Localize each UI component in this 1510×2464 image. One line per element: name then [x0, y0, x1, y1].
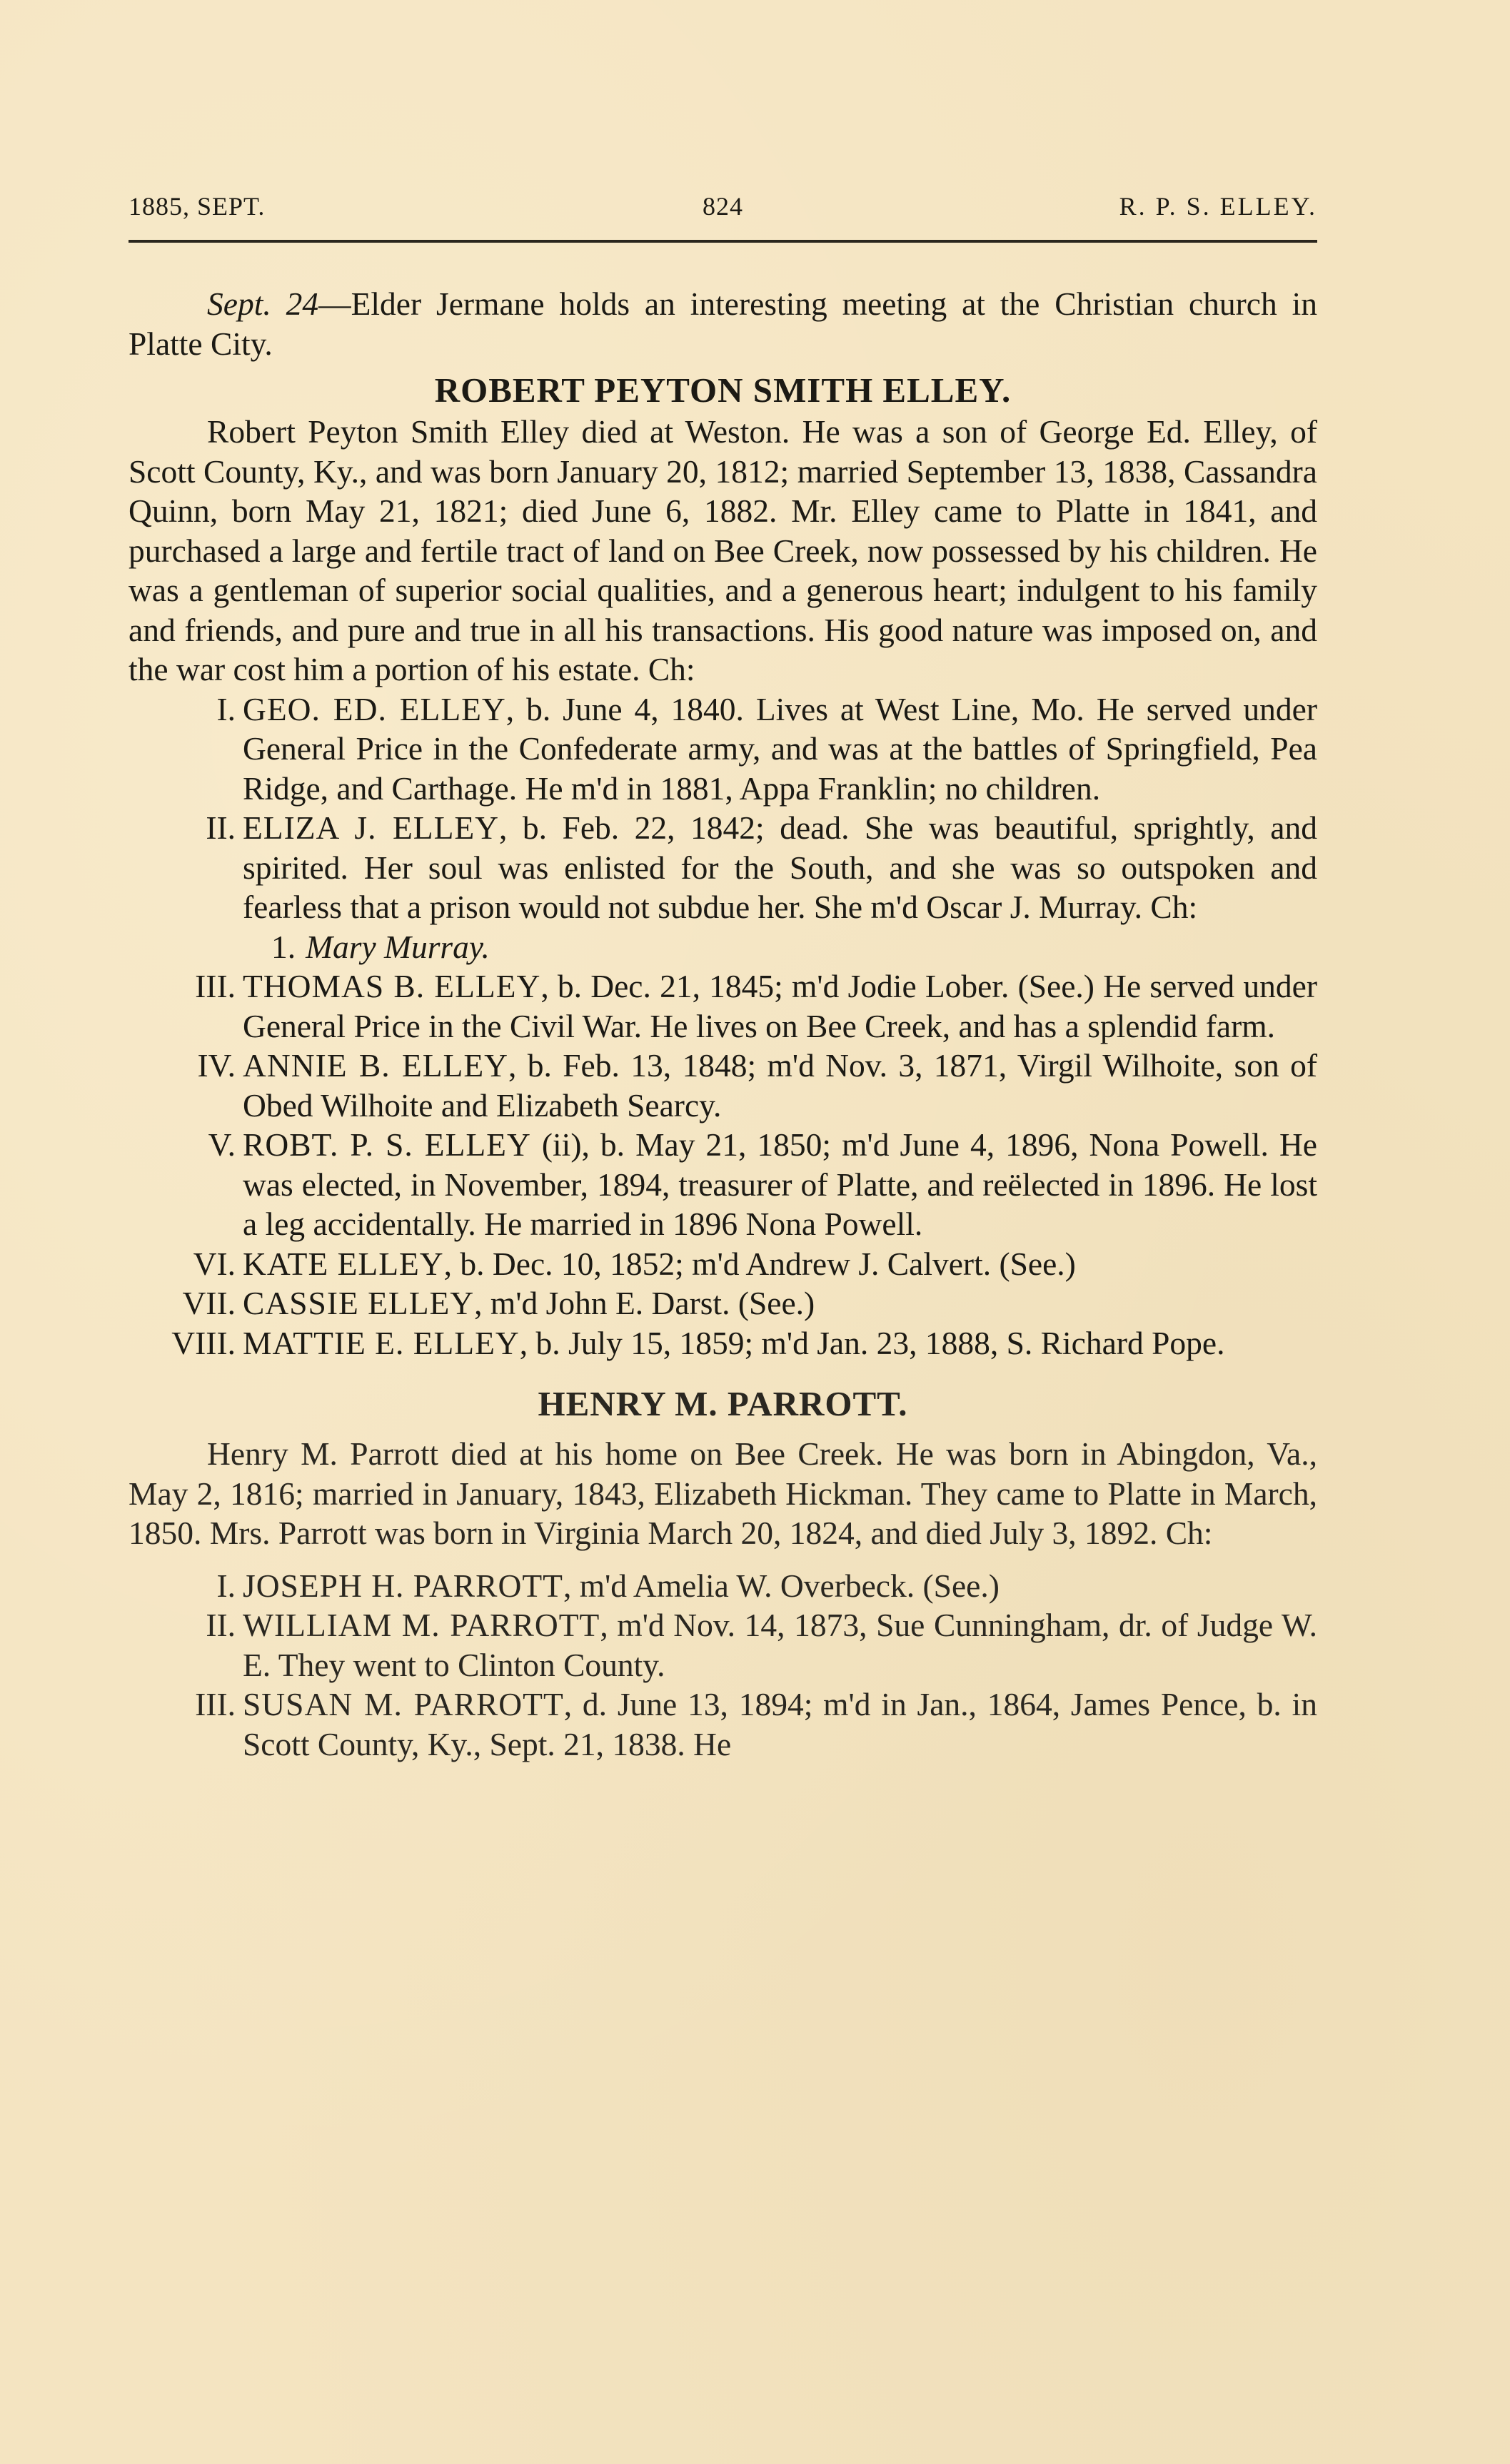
running-head-subject: R. P. S. ELLEY.: [1119, 191, 1317, 221]
page-body: Sept. 24—Elder Jermane holds an interest…: [129, 284, 1317, 1764]
running-head: 1885, SEPT. 824 R. P. S. ELLEY.: [129, 191, 1317, 227]
child-name: SUSAN M. PARROTT: [243, 1686, 564, 1722]
child-entry: III.SUSAN M. PARROTT, d. June 13, 1894; …: [129, 1685, 1317, 1764]
child-text: , m'd Amelia W. Overbeck. (See.): [563, 1567, 1000, 1604]
child-name: ROBT. P. S. ELLEY: [243, 1126, 531, 1163]
child-numeral: III.: [129, 966, 236, 1006]
child-numeral: II.: [129, 1605, 236, 1645]
child-entry: I.GEO. ED. ELLEY, b. June 4, 1840. Lives…: [129, 690, 1317, 809]
section-heading-elley: ROBERT PEYTON SMITH ELLEY.: [129, 369, 1317, 412]
child-name: KATE ELLEY: [243, 1246, 444, 1282]
child-entry: II.WILLIAM M. PARROTT, m'd Nov. 14, 1873…: [129, 1605, 1317, 1685]
child-numeral: VI.: [129, 1244, 236, 1284]
child-text: , m'd John E. Darst. (See.): [474, 1285, 815, 1321]
child-numeral: I.: [129, 1566, 236, 1606]
child-name: ELIZA J. ELLEY: [243, 809, 499, 846]
child-numeral: IV.: [129, 1046, 236, 1086]
child-numeral: VIII.: [129, 1323, 236, 1363]
dated-entry: Sept. 24—Elder Jermane holds an interest…: [129, 284, 1317, 363]
child-numeral: II.: [129, 808, 236, 848]
biography-paragraph-parrott: Henry M. Parrott died at his home on Bee…: [129, 1434, 1317, 1553]
spacer: [129, 1553, 1317, 1566]
child-text: , b. Dec. 10, 1852; m'd Andrew J. Calver…: [444, 1246, 1076, 1282]
child-name: ANNIE B. ELLEY: [243, 1047, 508, 1084]
parrott-section: HENRY M. PARROTT. Henry M. Parrott died …: [129, 1383, 1317, 1764]
child-numeral: VII.: [129, 1283, 236, 1323]
child-numeral: V.: [129, 1125, 236, 1165]
child-entry: VIII.MATTIE E. ELLEY, b. July 15, 1859; …: [129, 1323, 1317, 1363]
child-name: THOMAS B. ELLEY: [243, 968, 540, 1004]
child-entry: II.ELIZA J. ELLEY, b. Feb. 22, 1842; dea…: [129, 808, 1317, 927]
child-name: MATTIE E. ELLEY: [243, 1325, 520, 1361]
child-numeral: III.: [129, 1685, 236, 1725]
entry-date: Sept. 24: [207, 286, 318, 322]
section-heading-parrott: HENRY M. PARROTT.: [129, 1383, 1317, 1425]
header-rule: [129, 240, 1317, 243]
child-entry: V.ROBT. P. S. ELLEY (ii), b. May 21, 185…: [129, 1125, 1317, 1244]
child-name: WILLIAM M. PARROTT: [243, 1607, 600, 1643]
child-entry: VII.CASSIE ELLEY, m'd John E. Darst. (Se…: [129, 1283, 1317, 1323]
child-entry: I.JOSEPH H. PARROTT, m'd Amelia W. Overb…: [129, 1566, 1317, 1606]
child-entry: IV.ANNIE B. ELLEY, b. Feb. 13, 1848; m'd…: [129, 1046, 1317, 1125]
child-entry: III.THOMAS B. ELLEY, b. Dec. 21, 1845; m…: [129, 966, 1317, 1046]
grandchild-entry: 1.Mary Murray.: [129, 927, 1317, 967]
biography-paragraph-elley: Robert Peyton Smith Elley died at Weston…: [129, 412, 1317, 690]
grandchild-name: Mary Murray.: [306, 929, 490, 965]
child-name: CASSIE ELLEY: [243, 1285, 474, 1321]
grandchild-number: 1.: [271, 929, 296, 965]
child-numeral: I.: [129, 690, 236, 729]
child-name: GEO. ED. ELLEY: [243, 691, 506, 727]
child-entry: VI.KATE ELLEY, b. Dec. 10, 1852; m'd And…: [129, 1244, 1317, 1284]
child-name: JOSEPH H. PARROTT: [243, 1567, 563, 1604]
child-text: , b. July 15, 1859; m'd Jan. 23, 1888, S…: [520, 1325, 1225, 1361]
